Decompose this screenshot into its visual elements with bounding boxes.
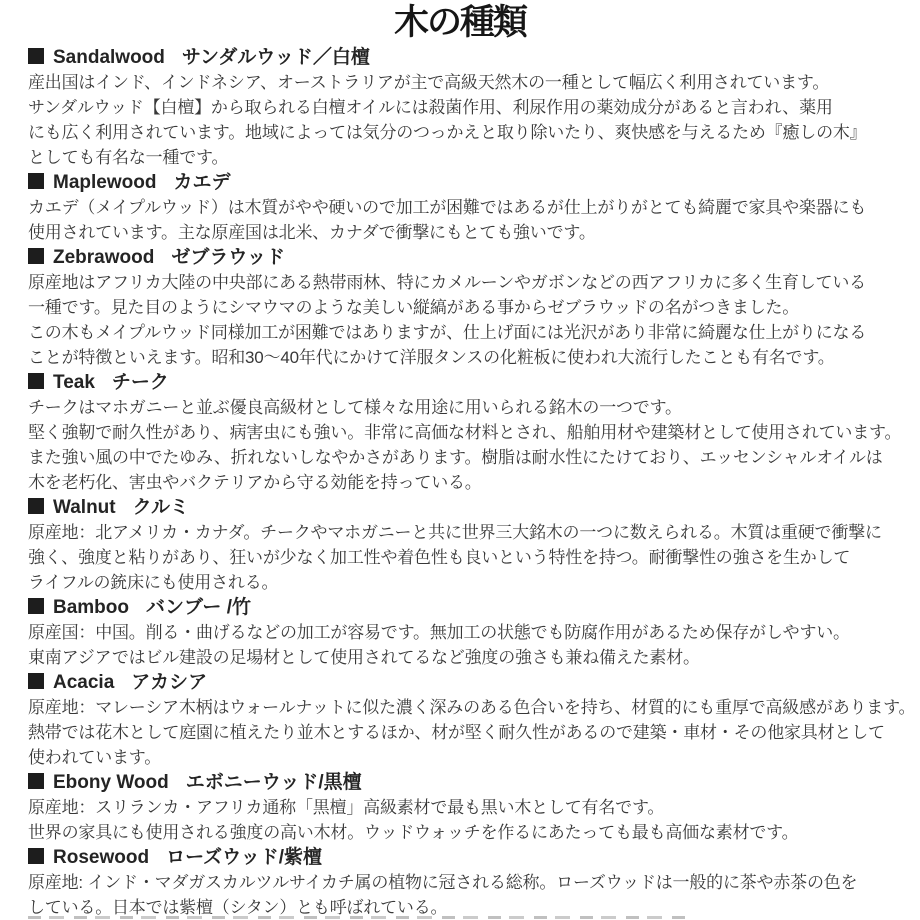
section-name-en: Ebony Wood xyxy=(53,772,169,793)
wood-section: Bambooバンブー /竹原産国：中国。削る・曲げるなどの加工が容易です。無加工… xyxy=(28,595,910,670)
body-line: としても有名な一種です。 xyxy=(28,145,910,170)
black-square-icon xyxy=(28,848,44,864)
black-square-icon xyxy=(28,773,44,789)
section-heading: Ebony Woodエボニーウッド/黒檀 xyxy=(28,770,910,795)
section-name-en: Maplewood xyxy=(53,172,156,193)
section-heading: Teakチーク xyxy=(28,370,910,395)
section-heading: Rosewoodローズウッド/紫檀 xyxy=(28,845,910,870)
body-line: サンダルウッド【白檀】から取られる白檀オイルには殺菌作用、利尿作用の薬効成分があ… xyxy=(28,95,910,120)
sections-container: Sandalwoodサンダルウッド／白檀産出国はインド、インドネシア、オーストラ… xyxy=(0,45,920,920)
section-name-en: Bamboo xyxy=(53,597,129,618)
body-line: 原産地：マレーシア木柄はウォールナットに似た濃く深みのある色合いを持ち、材質的に… xyxy=(28,695,910,720)
section-name-jp: エボニーウッド/黒檀 xyxy=(186,772,362,793)
wood-section: Rosewoodローズウッド/紫檀原産地: インド・マダガスカルツルサイカチ属の… xyxy=(28,845,910,920)
section-name-jp: アカシア xyxy=(131,672,207,693)
cutoff-text-strip xyxy=(28,916,686,919)
black-square-icon xyxy=(28,248,44,264)
document-page: 木の種類 Sandalwoodサンダルウッド／白檀産出国はインド、インドネシア、… xyxy=(0,0,920,920)
body-line: 一種です。見た目のようにシマウマのような美しい縦縞がある事からゼブラウッドの名が… xyxy=(28,295,910,320)
wood-section: Zebrawoodゼブラウッド原産地はアフリカ大陸の中央部にある熱帯雨林、特にカ… xyxy=(28,245,910,370)
wood-section: Maplewoodカエデカエデ（メイプルウッド）は木質がやや硬いので加工が困難で… xyxy=(28,170,910,245)
section-name-jp: バンブー /竹 xyxy=(146,597,251,618)
body-line: カエデ（メイプルウッド）は木質がやや硬いので加工が困難ではあるが仕上がりがとても… xyxy=(28,195,910,220)
section-heading: Acaciaアカシア xyxy=(28,670,910,695)
black-square-icon xyxy=(28,373,44,389)
body-line: 原産国：中国。削る・曲げるなどの加工が容易です。無加工の状態でも防腐作用があるた… xyxy=(28,620,910,645)
body-line: また強い風の中でたゆみ、折れないしなやかさがあります。樹脂は耐水性にたけており、… xyxy=(28,445,910,470)
body-line: 木を老朽化、害虫やバクテリアから守る効能を持っている。 xyxy=(28,470,910,495)
black-square-icon xyxy=(28,48,44,64)
body-line: 原産地：北アメリカ・カナダ。チークやマホガニーと共に世界三大銘木の一つに数えられ… xyxy=(28,520,910,545)
section-name-jp: ローズウッド/紫檀 xyxy=(166,847,322,868)
black-square-icon xyxy=(28,498,44,514)
section-heading: Bambooバンブー /竹 xyxy=(28,595,910,620)
wood-section: Ebony Woodエボニーウッド/黒檀原産地：スリランカ・アフリカ通称「黒檀」… xyxy=(28,770,910,845)
body-line: この木もメイプルウッド同様加工が困難ではありますが、仕上げ面には光沢があり非常に… xyxy=(28,320,910,345)
section-name-en: Rosewood xyxy=(53,847,149,868)
body-line: チークはマホガニーと並ぶ優良高級材として様々な用途に用いられる銘木の一つです。 xyxy=(28,395,910,420)
section-heading: Sandalwoodサンダルウッド／白檀 xyxy=(28,45,910,70)
section-name-jp: チーク xyxy=(112,372,169,393)
body-line: 原産地はアフリカ大陸の中央部にある熱帯雨林、特にカメルーンやガボンなどの西アフリ… xyxy=(28,270,910,295)
black-square-icon xyxy=(28,173,44,189)
section-name-jp: クルミ xyxy=(133,497,189,518)
wood-section: Acaciaアカシア原産地：マレーシア木柄はウォールナットに似た濃く深みのある色… xyxy=(28,670,910,770)
body-line: 原産地: インド・マダガスカルツルサイカチ属の植物に冠される総称。ローズウッドは… xyxy=(28,870,910,895)
body-line: 使用されています。主な原産国は北米、カナダで衝撃にもとても強いです。 xyxy=(28,220,910,245)
body-line: 熱帯では花木として庭園に植えたり並木とするほか、材が堅く耐久性があるので建築・車… xyxy=(28,720,910,745)
body-line: にも広く利用されています。地域によっては気分のつっかえと取り除いたり、爽快感を与… xyxy=(28,120,910,145)
body-line: 産出国はインド、インドネシア、オーストラリアが主で高級天然木の一種として幅広く利… xyxy=(28,70,910,95)
section-name-en: Walnut xyxy=(53,497,116,518)
section-name-jp: カエデ xyxy=(173,172,230,193)
section-name-en: Acacia xyxy=(53,672,114,693)
body-line: 東南アジアではビル建設の足場材として使用されてるなど強度の強さも兼ね備えた素材。 xyxy=(28,645,910,670)
black-square-icon xyxy=(28,598,44,614)
body-line: 原産地：スリランカ・アフリカ通称「黒檀」高級素材で最も黒い木として有名です。 xyxy=(28,795,910,820)
body-line: 強く、強度と粘りがあり、狂いが少なく加工性や着色性も良いという特性を持つ。耐衝撃… xyxy=(28,545,910,570)
section-name-en: Sandalwood xyxy=(53,47,165,68)
section-name-jp: ゼブラウッド xyxy=(171,247,285,268)
section-heading: Maplewoodカエデ xyxy=(28,170,910,195)
section-name-jp: サンダルウッド／白檀 xyxy=(182,47,370,68)
section-name-en: Zebrawood xyxy=(53,247,154,268)
body-line: ライフルの銃床にも使用される。 xyxy=(28,570,910,595)
page-title: 木の種類 xyxy=(0,0,920,45)
body-line: ことが特徴といえます。昭和30〜40年代にかけて洋服タンスの化粧板に使われ大流行… xyxy=(28,345,910,370)
wood-section: Sandalwoodサンダルウッド／白檀産出国はインド、インドネシア、オーストラ… xyxy=(28,45,910,170)
wood-section: Walnutクルミ原産地：北アメリカ・カナダ。チークやマホガニーと共に世界三大銘… xyxy=(28,495,910,595)
body-line: 使われています。 xyxy=(28,745,910,770)
section-name-en: Teak xyxy=(53,372,95,393)
section-heading: Walnutクルミ xyxy=(28,495,910,520)
body-line: 堅く強靭で耐久性があり、病害虫にも強い。非常に高価な材料とされ、船舶用材や建築材… xyxy=(28,420,910,445)
section-heading: Zebrawoodゼブラウッド xyxy=(28,245,910,270)
wood-section: Teakチークチークはマホガニーと並ぶ優良高級材として様々な用途に用いられる銘木… xyxy=(28,370,910,495)
body-line: 世界の家具にも使用される強度の高い木材。ウッドウォッチを作るにあたっても最も高価… xyxy=(28,820,910,845)
black-square-icon xyxy=(28,673,44,689)
